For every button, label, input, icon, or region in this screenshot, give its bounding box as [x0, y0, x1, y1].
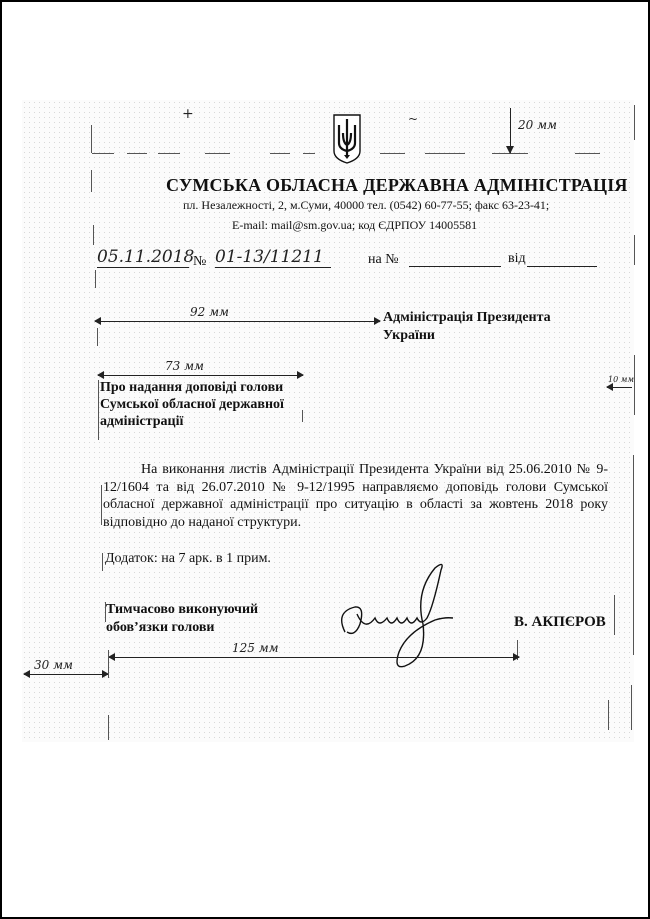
guide-tick — [102, 553, 103, 571]
coat-of-arms-icon — [332, 113, 362, 170]
guide-tick — [101, 485, 102, 525]
guide-tick — [105, 602, 106, 622]
from-date-field — [527, 251, 597, 267]
guide-dash — [303, 153, 315, 154]
guide-tick — [98, 380, 99, 440]
guide-dash — [575, 153, 600, 154]
guide-tick — [634, 235, 635, 265]
right-margin-arrow — [607, 387, 632, 388]
guide-dash — [205, 153, 230, 154]
guide-dash — [380, 153, 405, 154]
guide-tick — [91, 125, 92, 153]
attachment-note: Додаток: на 7 арк. в 1 прим. — [105, 551, 271, 567]
signatory-name: В. АКПЄРОВ — [514, 614, 606, 631]
guide-tick — [93, 225, 94, 245]
subject-line-1: Про надання доповіді голови — [100, 379, 284, 396]
crosshair-mark: + — [182, 106, 194, 122]
subject-line-3: адміністрації — [100, 413, 284, 430]
signature-width-arrow — [109, 657, 519, 658]
signature-width-label: 125 мм — [232, 641, 279, 655]
handwritten-signature-icon — [335, 562, 465, 677]
guide-tick — [634, 355, 635, 415]
subject-width-arrow — [98, 375, 303, 376]
guide-tick — [108, 650, 109, 678]
guide-tick — [302, 410, 303, 422]
recipient-indent-label: 92 мм — [190, 305, 229, 319]
position-line-2: обов’язки голови — [106, 619, 258, 637]
reply-to-number-field — [409, 251, 501, 267]
guide-tick — [608, 700, 609, 730]
subject-width-label: 73 мм — [165, 359, 204, 373]
guide-dash — [127, 153, 147, 154]
guide-tick — [631, 685, 632, 730]
guide-tick — [97, 328, 98, 346]
position-line-1: Тимчасово виконуючий — [106, 601, 258, 619]
subject-block: Про надання доповіді голови Сумської обл… — [100, 379, 284, 430]
guide-dash — [158, 153, 180, 154]
recipient-line-2: України — [383, 327, 551, 345]
guide-tick — [614, 595, 615, 635]
guide-tick — [634, 105, 635, 140]
guide-tick — [95, 270, 96, 288]
organization-name: СУМСЬКА ОБЛАСНА ДЕРЖАВНА АДМІНІСТРАЦІЯ — [166, 175, 628, 196]
letter-number: 01-13/11211 — [215, 247, 331, 268]
guide-dash — [425, 153, 465, 154]
recipient-indent-arrow — [95, 321, 380, 322]
reply-to-label: на № — [368, 252, 399, 268]
top-margin-label: 20 мм — [518, 118, 557, 132]
signatory-position: Тимчасово виконуючий обов’язки голови — [106, 601, 258, 637]
left-margin-arrow — [24, 674, 108, 675]
guide-dash — [92, 153, 114, 154]
contacts-line: E-mail: mail@sm.gov.ua; код ЄДРПОУ 14005… — [232, 218, 477, 233]
guide-tick — [633, 455, 634, 655]
recipient-block: Адміністрація Президента України — [383, 309, 551, 345]
body-paragraph: На виконання листів Адміністрації Презид… — [103, 461, 608, 531]
guide-tick — [91, 170, 92, 192]
subject-line-2: Сумської обласної державної — [100, 396, 284, 413]
address-line: пл. Незалежності, 2, м.Суми, 40000 тел. … — [183, 198, 549, 213]
left-margin-label: 30 мм — [34, 658, 73, 672]
recipient-line-1: Адміністрація Президента — [383, 309, 551, 327]
from-label: від — [508, 251, 526, 267]
arrow-head-down-icon — [506, 146, 514, 154]
guide-tick — [108, 715, 109, 740]
crosshair-mark: ~ — [408, 112, 418, 126]
guide-dash — [270, 153, 290, 154]
letter-date: 05.11.2018 — [97, 247, 189, 268]
number-label: № — [193, 254, 206, 270]
